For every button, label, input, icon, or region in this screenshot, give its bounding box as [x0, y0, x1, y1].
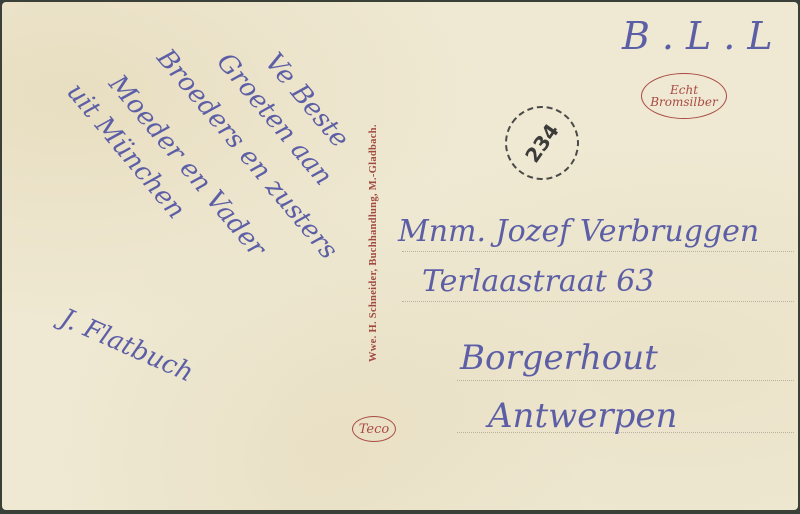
postcard: Ve Beste Groeten aan Broeders en zusters… [2, 2, 798, 510]
corner-note: B.L.L [622, 14, 785, 58]
address-rule [402, 301, 794, 302]
mark-line-2: Bromsilber [650, 96, 718, 108]
echt-bromsilber-mark: Echt Bromsilber [641, 73, 727, 119]
postmark-stamp: 234 [490, 91, 593, 194]
address-line-city: Borgerhout [460, 338, 658, 378]
address-rule [402, 251, 794, 252]
publisher-imprint: Wwe. H. Schneider, Buchhandlung, M.-Glad… [368, 124, 379, 362]
postmark-number: 234 [520, 119, 564, 167]
message-block: Ve Beste Groeten aan Broeders en zusters… [2, 2, 362, 462]
teco-logo: Teco [352, 416, 396, 442]
message-signature: J. Flatbuch [56, 303, 198, 388]
address-line-region: Antwerpen [488, 396, 677, 436]
address-line-recipient: Mnm. Jozef Verbruggen [398, 214, 759, 249]
teco-logo-text: Teco [359, 423, 389, 436]
address-rule [457, 380, 794, 381]
address-line-street: Terlaastraat 63 [422, 264, 654, 299]
